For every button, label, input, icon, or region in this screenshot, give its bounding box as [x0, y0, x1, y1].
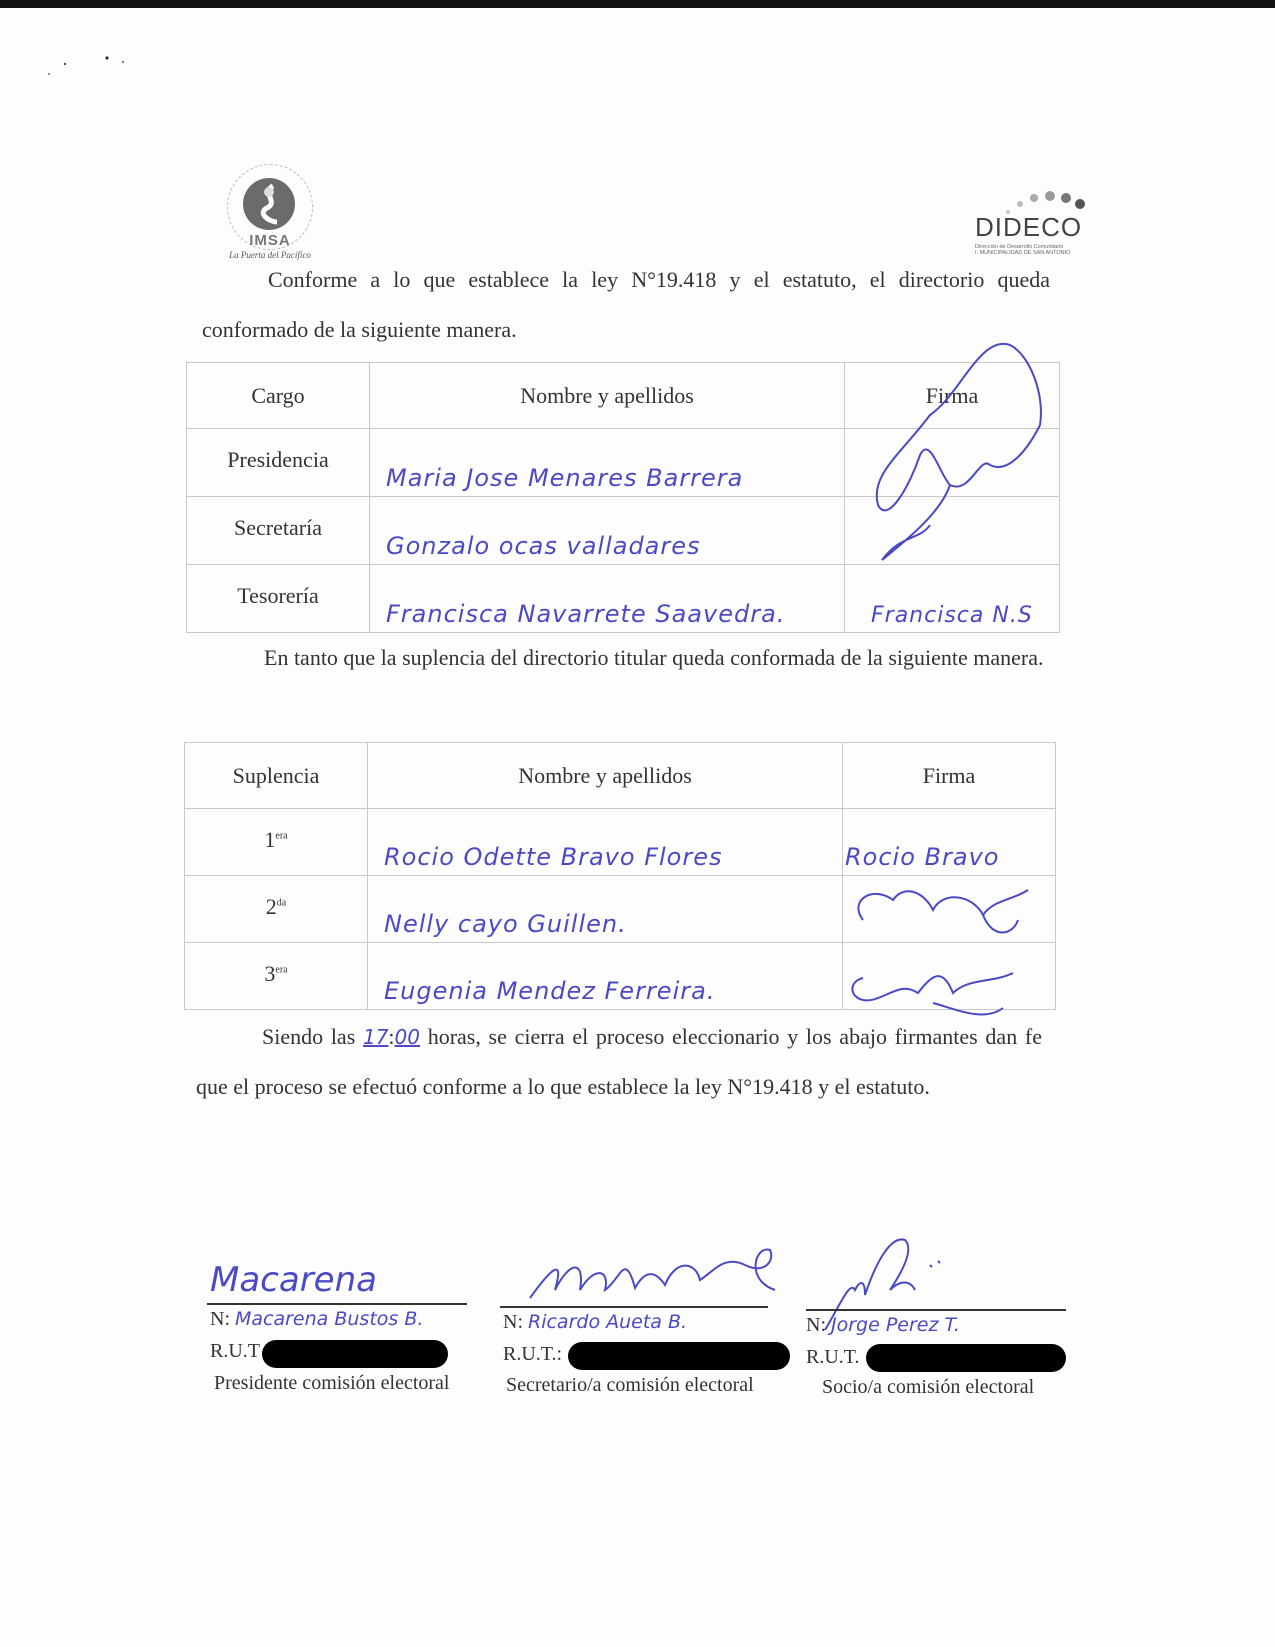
cargo-cell: Presidencia: [187, 429, 370, 497]
firma-cell[interactable]: [843, 876, 1056, 943]
suplencia-table: Suplencia Nombre y apellidos Firma 1era …: [184, 742, 1056, 1010]
rut-label: R.U.T.: [806, 1346, 860, 1369]
ordinal-number: 1: [264, 827, 275, 852]
handwritten-name: Maria Jose Menares Barrera: [386, 464, 743, 492]
scan-edge: [0, 0, 1275, 8]
nombre-cell[interactable]: Francisca Navarrete Saavedra.: [370, 565, 845, 633]
ordinal-suffix: era: [275, 965, 287, 976]
ordinal-number: 2: [266, 894, 277, 919]
header-cargo: Cargo: [187, 363, 370, 429]
signature-line: [500, 1306, 768, 1308]
handwritten-signature: Francisca N.S: [871, 603, 1033, 628]
signature-scribble-icon: [843, 880, 1043, 942]
firma-cell[interactable]: [843, 943, 1056, 1010]
nombre-cell[interactable]: Nelly cayo Guillen.: [368, 876, 843, 943]
header-suplencia: Suplencia: [185, 743, 368, 809]
name-label: N:: [806, 1314, 826, 1336]
role-label: Socio/a comisión electoral: [822, 1376, 1034, 1399]
dideco-name: DIDECO: [975, 212, 1082, 243]
cargo-label: Secretaría: [187, 497, 369, 541]
handwritten-signature: Rocio Bravo: [845, 843, 999, 871]
closing-minutes[interactable]: 00: [395, 1025, 420, 1049]
header-nombre: Nombre y apellidos: [368, 743, 843, 809]
closing-paragraph: Siendo las 17:00 horas, se cierra el pro…: [196, 1012, 1042, 1112]
table-header-row: Suplencia Nombre y apellidos Firma: [185, 743, 1056, 809]
name-label: N:: [503, 1311, 523, 1333]
name-label: N:: [210, 1308, 230, 1330]
role-label: Presidente comisión electoral: [214, 1372, 449, 1395]
header-firma: Firma: [843, 743, 1056, 809]
table-row: 3era Eugenia Mendez Ferreira.: [185, 943, 1056, 1010]
rut-label: R.U.T: [210, 1340, 260, 1363]
handwritten-name: Francisca Navarrete Saavedra.: [386, 600, 785, 628]
suplencia-cell: 3era: [185, 943, 368, 1010]
cargo-label: Presidencia: [187, 429, 369, 473]
suplencia-paragraph: En tanto que la suplencia del directorio…: [198, 633, 1044, 683]
handwritten-name: Jorge Perez T.: [831, 1314, 960, 1336]
nombre-cell[interactable]: Gonzalo ocas valladares: [370, 497, 845, 565]
rut-redaction: [568, 1342, 790, 1370]
name-field[interactable]: N: Ricardo Aueta B.: [503, 1311, 687, 1334]
table-row: 2da Nelly cayo Guillen.: [185, 876, 1056, 943]
firma-cell[interactable]: Rocio Bravo: [843, 809, 1056, 876]
signature-line: [207, 1303, 467, 1305]
closing-prefix: Siendo las: [262, 1024, 355, 1049]
rut-label: R.U.T.:: [503, 1343, 562, 1366]
ordinal-number: 3: [264, 961, 275, 986]
cargo-cell: Secretaría: [187, 497, 370, 565]
handwritten-signature: Macarena: [210, 1260, 377, 1300]
signature-scribble-icon: [860, 335, 1060, 575]
nombre-cell[interactable]: Rocio Odette Bravo Flores: [368, 809, 843, 876]
closing-hour[interactable]: 17: [363, 1025, 388, 1049]
ordinal-suffix: era: [275, 831, 287, 842]
handwritten-name: Nelly cayo Guillen.: [384, 910, 627, 938]
handwritten-name: Ricardo Aueta B.: [528, 1311, 687, 1333]
signature-line: [806, 1309, 1066, 1311]
dideco-logo: DIDECO Dirección de Desarrollo Comunitar…: [975, 190, 1095, 265]
nombre-cell[interactable]: Maria Jose Menares Barrera: [370, 429, 845, 497]
table-row: 1era Rocio Odette Bravo Flores Rocio Bra…: [185, 809, 1056, 876]
role-label: Secretario/a comisión electoral: [506, 1374, 754, 1397]
cargo-cell: Tesorería: [187, 565, 370, 633]
rut-redaction: [262, 1340, 448, 1368]
name-field[interactable]: N: Macarena Bustos B.: [210, 1308, 423, 1331]
scan-specks: [45, 50, 135, 80]
imsa-name: IMSA: [215, 232, 325, 249]
name-field[interactable]: N: Jorge Perez T.: [806, 1314, 960, 1337]
handwritten-name: Gonzalo ocas valladares: [386, 532, 701, 560]
signature-scribble-icon: [525, 1240, 785, 1305]
handwritten-name: Eugenia Mendez Ferreira.: [384, 977, 715, 1005]
logo-emblem-icon: [243, 178, 295, 230]
rut-redaction: [866, 1344, 1066, 1372]
cargo-label: Tesorería: [187, 565, 369, 609]
header-nombre: Nombre y apellidos: [370, 363, 845, 429]
imsa-logo: IMSA La Puerta del Pacífico: [215, 160, 325, 265]
suplencia-cell: 2da: [185, 876, 368, 943]
ordinal-suffix: da: [277, 898, 286, 909]
nombre-cell[interactable]: Eugenia Mendez Ferreira.: [368, 943, 843, 1010]
suplencia-cell: 1era: [185, 809, 368, 876]
handwritten-name: Macarena Bustos B.: [235, 1308, 423, 1330]
handwritten-name: Rocio Odette Bravo Flores: [384, 843, 723, 871]
